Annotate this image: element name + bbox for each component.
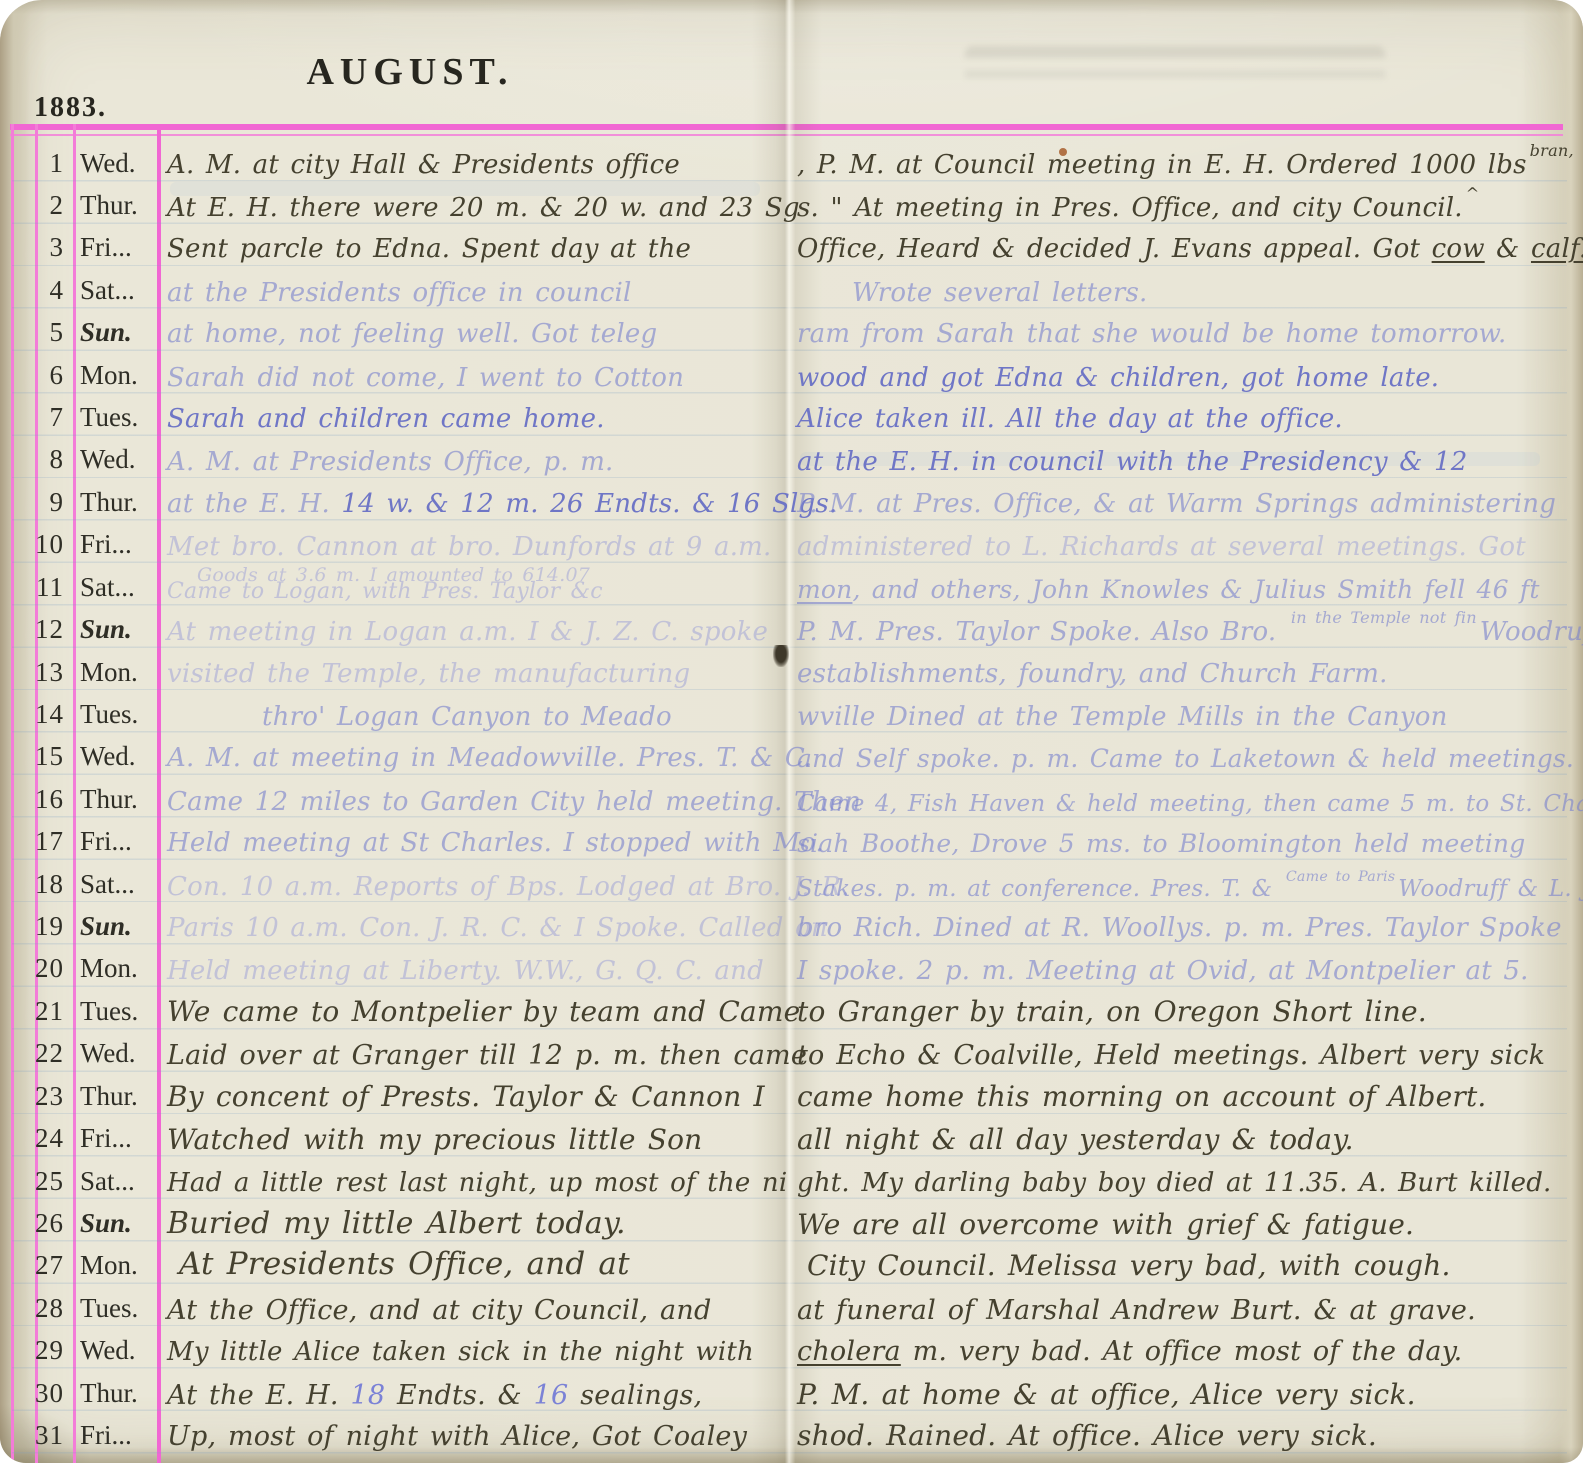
entry-left: At E. H. there were 20 m. & 20 w. and 23…: [167, 193, 800, 223]
entry-text: ght. My darling baby boy died at 11.35. …: [797, 1168, 1552, 1198]
entry-left: At meeting in Logan a.m. I & J. Z. C. sp…: [167, 617, 768, 647]
entry-right: siah Boothe, Drove 5 ms. to Bloomington …: [797, 829, 1525, 858]
day-number: 16: [0, 784, 64, 815]
day-name: Mon.: [80, 1250, 138, 1281]
entry-text: Watched with my precious little Son: [167, 1123, 702, 1156]
diary-row: 28Tues.At the Office, and at city Counci…: [0, 1285, 1583, 1328]
day-name: Sun.: [80, 1208, 132, 1239]
entry-left: visited the Temple, the manufacturing: [167, 659, 690, 689]
entry-left: Sarah and children came home.: [167, 404, 605, 434]
day-name: Fri...: [80, 1420, 132, 1451]
entry-text: 18: [350, 1380, 385, 1411]
day-number: 10: [0, 529, 64, 560]
entry-right: bro Rich. Dined at R. Woollys. p. m. Pre…: [797, 913, 1562, 943]
entry-text: We are all overcome with grief & fatigue…: [797, 1208, 1414, 1241]
entry-text: and Self spoke. p. m. Came to Laketown &…: [797, 744, 1574, 773]
entry-left: A. M. at city Hall & Presidents office: [167, 150, 680, 180]
day-name: Mon.: [80, 953, 138, 984]
entry-text: at funeral of Marshal Andrew Burt. & at …: [797, 1295, 1476, 1326]
diary-row: 22Wed.Laid over at Granger till 12 p. m.…: [0, 1030, 1583, 1073]
entry-text: My little Alice taken sick in the night …: [167, 1337, 754, 1367]
diary-row: 8Wed.A. M. at Presidents Office, p. m.at…: [0, 436, 1583, 479]
day-name: Thur.: [80, 487, 138, 518]
day-number: 11: [0, 572, 64, 603]
entry-left: Had a little rest last night, up most of…: [167, 1168, 787, 1198]
entry-left: Con. 10 a.m. Reports of Bps. Lodged at B…: [167, 872, 850, 902]
entry-text: At the Office, and at city Council, and: [167, 1295, 711, 1326]
diary-row: 14Tues.thro' Logan Canyon to Meadowville…: [0, 691, 1583, 734]
entry-left: Sarah did not come, I went to Cotton: [167, 363, 684, 393]
entry-text: , P. M. at Council meeting in E. H. Orde…: [797, 150, 1527, 180]
entry-text: ram from Sarah that she would be home to…: [797, 319, 1507, 349]
diary-row: 27Mon.At Presidents Office, and atCity C…: [0, 1242, 1583, 1285]
diary-row: 18Sat...Con. 10 a.m. Reports of Bps. Lod…: [0, 861, 1583, 904]
entry-text: Met bro. Cannon at bro. Dunfords at 9 a.…: [167, 532, 771, 562]
day-name: Thur.: [80, 190, 138, 221]
entry-right: Wrote several letters.: [797, 278, 1147, 308]
day-number: 27: [0, 1250, 64, 1281]
diary-row: 12Sun.At meeting in Logan a.m. I & J. Z.…: [0, 606, 1583, 649]
entry-text: Sarah did not come, I went to Cotton: [167, 363, 684, 393]
entry-left: at home, not feeling well. Got teleg: [167, 319, 657, 349]
day-number: 17: [0, 826, 64, 857]
day-name: Sat...: [80, 869, 135, 900]
entry-left: Paris 10 a.m. Con. J. R. C. & I Spoke. C…: [167, 913, 828, 943]
day-number: 31: [0, 1420, 64, 1451]
entry-left: Met bro. Cannon at bro. Dunfords at 9 a.…: [167, 532, 771, 562]
entry-right: at funeral of Marshal Andrew Burt. & at …: [797, 1295, 1476, 1326]
entry-text: Paris 10 a.m. Con. J. R. C. & I Spoke. C…: [167, 913, 828, 943]
entry-text: ^: [1466, 184, 1480, 203]
entry-right: to Granger by train, on Oregon Short lin…: [797, 995, 1427, 1028]
entry-left: Sent parcle to Edna. Spent day at the: [167, 234, 691, 264]
day-name: Tues.: [80, 699, 138, 730]
entry-left: Watched with my precious little Son: [167, 1123, 702, 1156]
diary-row: 4Sat...at the Presidents office in counc…: [0, 267, 1583, 310]
entry-text: , and others, John Knowles & Julius Smit…: [852, 575, 1539, 604]
day-number: 23: [0, 1081, 64, 1112]
entry-left: At Presidents Office, and at: [167, 1246, 630, 1282]
day-number: 14: [0, 699, 64, 730]
diary-row: 24Fri...Watched with my precious little …: [0, 1115, 1583, 1158]
entry-text: Sarah and children came home.: [167, 404, 605, 434]
entry-text: came home this morning on account of Alb…: [797, 1080, 1487, 1113]
entry-text: bran,: [1530, 141, 1574, 160]
entry-text: at home, not feeling well. Got teleg: [167, 319, 657, 349]
day-name: Sun.: [80, 911, 132, 942]
entry-text: P. M. at home & at office, Alice very si…: [797, 1378, 1416, 1411]
diary-row: 23Thur.By concent of Prests. Taylor & Ca…: [0, 1073, 1583, 1116]
diary-row: 16Thur.Came 12 miles to Garden City held…: [0, 776, 1583, 819]
diary-row: 26Sun.Buried my little Albert today.We a…: [0, 1200, 1583, 1243]
entry-right: City Council. Melissa very bad, with cou…: [797, 1249, 1451, 1282]
entry-right: at the E. H. in council with the Preside…: [797, 447, 1467, 477]
entry-left: Came 12 miles to Garden City held meetin…: [167, 787, 861, 817]
diary-row: 13Mon.visited the Temple, the manufactur…: [0, 649, 1583, 692]
entry-right: Stakes. p. m. at conference. Pres. T. & …: [797, 876, 1583, 902]
entry-right: shod. Rained. At office. Alice very sick…: [797, 1419, 1377, 1452]
entry-right: ram from Sarah that she would be home to…: [797, 319, 1507, 349]
day-number: 25: [0, 1166, 64, 1197]
diary-row: 25Sat...Had a little rest last night, up…: [0, 1158, 1583, 1201]
entry-text: Stakes. p. m. at conference. Pres. T. &: [797, 876, 1283, 902]
entry-text: m. very bad. At office most of the day.: [901, 1336, 1463, 1367]
entry-text: thro' Logan Canyon to Meado: [262, 702, 672, 732]
entry-text: A. M. at city Hall & Presidents office: [167, 150, 680, 180]
entry-right: all night & all day yesterday & today.: [797, 1123, 1354, 1156]
entry-text: Office, Heard & decided J. Evans appeal.…: [797, 234, 1432, 264]
entry-text: sealings,: [568, 1380, 702, 1411]
day-number: 26: [0, 1208, 64, 1239]
entry-text: A. M. at meeting in Meadowville. Pres. T…: [167, 743, 813, 773]
entry-text: Held meeting at Liberty. W.W., G. Q. C. …: [167, 956, 764, 986]
day-name: Thur.: [80, 784, 138, 815]
entry-left: At the Office, and at city Council, and: [167, 1295, 711, 1326]
day-name: Wed.: [80, 148, 136, 179]
day-name: Tues.: [80, 402, 138, 433]
entry-text: Came to Paris: [1286, 869, 1395, 885]
entry-text: Endts. &: [385, 1380, 533, 1411]
entry-text: Wrote several letters.: [852, 278, 1147, 308]
diary-row: 29Wed.My little Alice taken sick in the …: [0, 1327, 1583, 1370]
day-name: Sat...: [80, 572, 135, 603]
entry-right: wood and got Edna & children, got home l…: [797, 363, 1439, 393]
entry-left: At the E. H. 18 Endts. & 16 sealings,: [167, 1380, 702, 1411]
entry-text: at the E. H. in council with the Preside…: [797, 447, 1467, 477]
entry-text: establishments, foundry, and Church Farm…: [797, 659, 1388, 689]
entry-text: wville Dined at the Temple Mills in the …: [797, 702, 1448, 732]
diary-row: 9Thur.at the E. H. 14 w. & 12 m. 26 Endt…: [0, 479, 1583, 522]
entry-text: &: [1485, 234, 1531, 264]
day-number: 28: [0, 1293, 64, 1324]
entry-left: By concent of Prests. Taylor & Cannon I: [167, 1080, 765, 1113]
entry-left: A. M. at meeting in Meadowville. Pres. T…: [167, 743, 813, 773]
day-name: Mon.: [80, 360, 138, 391]
day-name: Fri...: [80, 1123, 132, 1154]
entry-text: At Presidents Office, and at: [179, 1246, 630, 1282]
day-number: 18: [0, 869, 64, 900]
entry-text: siah Boothe, Drove 5 ms. to Bloomington …: [797, 829, 1525, 858]
day-name: Sun.: [80, 614, 132, 645]
day-number: 9: [0, 487, 64, 518]
day-number: 8: [0, 444, 64, 475]
entry-left: Held meeting at Liberty. W.W., G. Q. C. …: [167, 956, 764, 986]
day-number: 7: [0, 402, 64, 433]
entry-text: visited the Temple, the manufacturing: [167, 659, 690, 689]
entry-text: Woodruff & L. J. N. spoke: [1398, 876, 1583, 902]
day-name: Sat...: [80, 275, 135, 306]
rows-layer: 1Wed.A. M. at city Hall & Presidents off…: [0, 0, 1583, 1463]
entry-right: , P. M. at Council meeting in E. H. Orde…: [797, 150, 1577, 180]
diary-row: 30Thur.At the E. H. 18 Endts. & 16 seali…: [0, 1370, 1583, 1413]
diary-row: 19Sun.Paris 10 a.m. Con. J. R. C. & I Sp…: [0, 903, 1583, 946]
entry-right: came home this morning on account of Alb…: [797, 1080, 1487, 1113]
entry-text: to Granger by train, on Oregon Short lin…: [797, 995, 1427, 1028]
day-name: Sat...: [80, 1166, 135, 1197]
day-name: Wed.: [80, 444, 136, 475]
entry-text: in the Temple not fin: [1291, 608, 1477, 627]
entry-text: A. M. at Presidents Office, p. m.: [167, 447, 614, 477]
entry-left: thro' Logan Canyon to Meado: [167, 702, 672, 732]
day-number: 22: [0, 1038, 64, 1069]
entry-left: Held meeting at St Charles. I stopped wi…: [167, 828, 824, 858]
entry-text: By concent of Prests. Taylor & Cannon I: [167, 1080, 765, 1113]
entry-text: administered to L. Richards at several m…: [797, 532, 1526, 562]
entry-right: to Echo & Coalville, Held meetings. Albe…: [797, 1040, 1545, 1071]
diary-row: 1Wed.A. M. at city Hall & Presidents off…: [0, 140, 1583, 183]
day-name: Fri...: [80, 232, 132, 263]
entry-text: calf.: [1531, 234, 1583, 264]
entry-right: administered to L. Richards at several m…: [797, 532, 1526, 562]
entry-text: Up, most of night with Alice, Got Coaley: [167, 1421, 747, 1452]
diary-row: 15Wed.A. M. at meeting in Meadowville. P…: [0, 733, 1583, 776]
diary-row: 17Fri...Held meeting at St Charles. I st…: [0, 818, 1583, 861]
entry-right: I spoke. 2 p. m. Meeting at Ovid, at Mon…: [797, 956, 1529, 986]
entry-right: wville Dined at the Temple Mills in the …: [797, 702, 1448, 732]
entry-text: At the E. H.: [167, 1380, 350, 1411]
diary-row: 3Fri...Sent parcle to Edna. Spent day at…: [0, 224, 1583, 267]
entry-text: Sent parcle to Edna. Spent day at the: [167, 234, 691, 264]
entry-left: at the Presidents office in council: [167, 278, 632, 308]
day-number: 3: [0, 232, 64, 263]
entry-left: Up, most of night with Alice, Got Coaley: [167, 1421, 747, 1452]
entry-overflow-line: Goods at 3.6 m. I amounted to 614.07: [197, 564, 590, 586]
entry-text: At E. H. there were 20 m. & 20 w. and 23…: [167, 193, 800, 223]
entry-right: establishments, foundry, and Church Farm…: [797, 659, 1388, 689]
day-number: 30: [0, 1378, 64, 1409]
entry-right: s. " At meeting in Pres. Office, and cit…: [797, 193, 1482, 223]
day-number: 21: [0, 996, 64, 1027]
diary-row: 21Tues.We came to Montpelier by team and…: [0, 988, 1583, 1031]
diary-row: 5Sun.at home, not feeling well. Got tele…: [0, 309, 1583, 352]
entry-left: My little Alice taken sick in the night …: [167, 1337, 754, 1367]
day-number: 12: [0, 614, 64, 645]
entry-text: P. M. at Pres. Office, & at Warm Springs…: [797, 489, 1556, 519]
day-number: 24: [0, 1123, 64, 1154]
entry-text: at the Presidents office in council: [167, 278, 632, 308]
entry-text: bro Rich. Dined at R. Woollys. p. m. Pre…: [797, 913, 1562, 943]
entry-right: P. M. at Pres. Office, & at Warm Springs…: [797, 489, 1556, 519]
entry-left: at the E. H. 14 w. & 12 m. 26 Endts. & 1…: [167, 489, 837, 519]
entry-text: mon: [797, 575, 852, 604]
entry-left: Buried my little Albert today.: [167, 1206, 626, 1241]
entry-text: City Council. Melissa very bad, with cou…: [807, 1249, 1451, 1282]
entry-left: Laid over at Granger till 12 p. m. then …: [167, 1040, 807, 1071]
diary-row: 2Thur.At E. H. there were 20 m. & 20 w. …: [0, 182, 1583, 225]
diary-row: 11Sat...Goods at 3.6 m. I amounted to 61…: [0, 564, 1583, 607]
entry-text: wood and got Edna & children, got home l…: [797, 363, 1439, 393]
day-name: Sun.: [80, 317, 132, 348]
diary-row: 6Mon.Sarah did not come, I went to Cotto…: [0, 352, 1583, 395]
entry-right: ght. My darling baby boy died at 11.35. …: [797, 1168, 1552, 1198]
day-number: 29: [0, 1335, 64, 1366]
entry-right: We are all overcome with grief & fatigue…: [797, 1208, 1414, 1241]
entry-right: Office, Heard & decided J. Evans appeal.…: [797, 234, 1583, 264]
entry-text: cow: [1432, 234, 1485, 264]
diary-row: 20Mon.Held meeting at Liberty. W.W., G. …: [0, 945, 1583, 988]
entry-text: Con. 10 a.m. Reports of Bps. Lodged at B…: [167, 872, 850, 902]
entry-right: Came 4, Fish Haven & held meeting, then …: [797, 791, 1583, 817]
diary-row: 7Tues.Sarah and children came home.Alice…: [0, 394, 1583, 437]
day-number: 15: [0, 741, 64, 772]
entry-text: Buried my little Albert today.: [167, 1206, 626, 1241]
entry-right: Alice taken ill. All the day at the offi…: [797, 404, 1343, 434]
entry-text: all night & all day yesterday & today.: [797, 1123, 1354, 1156]
day-name: Fri...: [80, 529, 132, 560]
diary-row: 31Fri...Up, most of night with Alice, Go…: [0, 1412, 1583, 1455]
entry-left: We came to Montpelier by team and Came: [167, 995, 800, 1028]
day-number: 13: [0, 657, 64, 688]
entry-text: Came 4, Fish Haven & held meeting, then …: [797, 791, 1583, 817]
day-number: 19: [0, 911, 64, 942]
day-number: 4: [0, 275, 64, 306]
day-name: Wed.: [80, 1335, 136, 1366]
day-name: Thur.: [80, 1378, 138, 1409]
entry-right: cholera m. very bad. At office most of t…: [797, 1336, 1462, 1367]
day-name: Tues.: [80, 996, 138, 1027]
day-name: Mon.: [80, 657, 138, 688]
day-number: 1: [0, 148, 64, 179]
entry-text: We came to Montpelier by team and Came: [167, 995, 800, 1028]
day-number: 2: [0, 190, 64, 221]
entry-text: 14 w. & 12 m. 26 Endts. & 16 Slgs.: [341, 489, 837, 519]
entry-text: Had a little rest last night, up most of…: [167, 1168, 787, 1198]
entry-left: Goods at 3.6 m. I amounted to 614.07Came…: [167, 579, 603, 604]
diary-photo: AUGUST. 1883. 1Wed.A. M. at city Hall & …: [0, 0, 1583, 1463]
day-name: Fri...: [80, 826, 132, 857]
entry-text: 16: [534, 1380, 569, 1411]
entry-text: shod. Rained. At office. Alice very sick…: [797, 1419, 1377, 1452]
day-number: 20: [0, 953, 64, 984]
diary-row: 10Fri...Met bro. Cannon at bro. Dunfords…: [0, 521, 1583, 564]
entry-text: Alice taken ill. All the day at the offi…: [797, 404, 1343, 434]
entry-right: and Self spoke. p. m. Came to Laketown &…: [797, 744, 1574, 773]
entry-text: Came 12 miles to Garden City held meetin…: [167, 787, 861, 817]
entry-text: Held meeting at St Charles. I stopped wi…: [167, 828, 824, 858]
entry-text: cholera: [797, 1336, 901, 1367]
entry-text: Woodruff: [1480, 617, 1583, 647]
day-name: Wed.: [80, 1038, 136, 1069]
entry-text: P. M. Pres. Taylor Spoke. Also Bro.: [797, 617, 1288, 647]
day-number: 6: [0, 360, 64, 391]
entry-text: At meeting in Logan a.m. I & J. Z. C. sp…: [167, 617, 768, 647]
entry-text: Laid over at Granger till 12 p. m. then …: [167, 1040, 807, 1071]
entry-text: at the E. H.: [167, 489, 341, 519]
diary-page-spread: AUGUST. 1883. 1Wed.A. M. at city Hall & …: [0, 0, 1583, 1463]
day-number: 5: [0, 317, 64, 348]
entry-text: to Echo & Coalville, Held meetings. Albe…: [797, 1040, 1545, 1071]
entry-right: P. M. Pres. Taylor Spoke. Also Bro. in t…: [797, 617, 1583, 647]
entry-right: mon, and others, John Knowles & Julius S…: [797, 575, 1540, 604]
entry-left: A. M. at Presidents Office, p. m.: [167, 447, 614, 477]
entry-right: P. M. at home & at office, Alice very si…: [797, 1378, 1416, 1411]
day-name: Wed.: [80, 741, 136, 772]
day-name: Tues.: [80, 1293, 138, 1324]
entry-text: I spoke. 2 p. m. Meeting at Ovid, at Mon…: [797, 956, 1529, 986]
day-name: Thur.: [80, 1081, 138, 1112]
entry-text: s. " At meeting in Pres. Office, and cit…: [797, 193, 1463, 223]
